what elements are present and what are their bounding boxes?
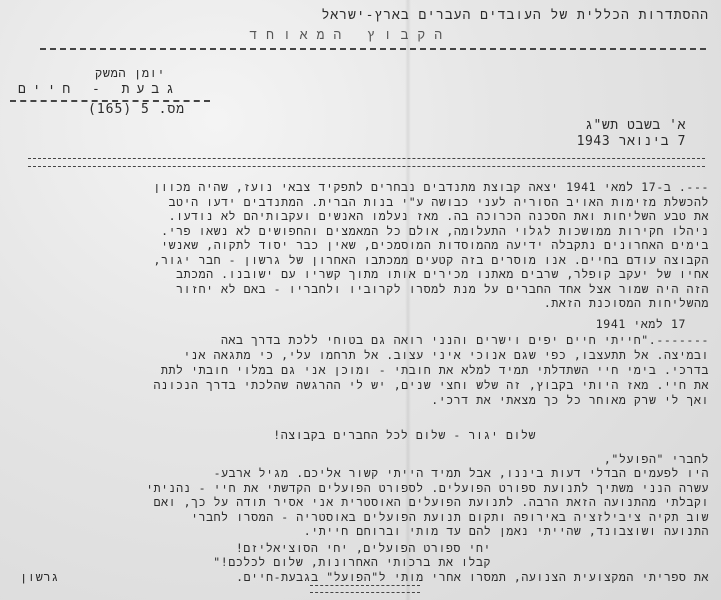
gregorian-date: 7 בינואר 1943 bbox=[577, 134, 686, 149]
end-rule-2 bbox=[310, 592, 420, 593]
text-line: מהשליחות המסוכנת הזאת. bbox=[544, 296, 709, 311]
text-line: את חיי. מאז היותי בקבוץ, זה שלש וחצי שני… bbox=[154, 378, 709, 393]
organization-header: ההסתדרות הכללית של העובדים העברים בארץ-י… bbox=[322, 8, 709, 23]
text-line: אחיו של יעקב קופלר, שרבים מאתנו מכירים א… bbox=[176, 267, 709, 282]
document-page: ההסתדרות הכללית של העובדים העברים בארץ-י… bbox=[0, 0, 721, 600]
text-line: שוב תקיה ציבילזציה באירופה ותקום תנועת ה… bbox=[191, 510, 709, 525]
text-line: -------."חייתי חיים יפים וישרים והנני רו… bbox=[221, 333, 709, 348]
text-line: התנועה ושוצבונד, שהייתי נאמן להם עד מותי… bbox=[304, 524, 709, 539]
slogan-line: יחי ספורט הפועלים, יחי הסוציאליזם! bbox=[236, 541, 491, 556]
hebrew-date: א' בשבט תש"ג bbox=[585, 118, 686, 133]
text-line: ואך לי שרק מאוחר כל כך מצאתי את דרכי. bbox=[431, 393, 709, 408]
text-line: עשרה הנני משתיך לתנועת ספורט הפועלים. לס… bbox=[146, 481, 709, 496]
issue-text: מס. 5 (165) bbox=[88, 102, 185, 117]
text-line: בימים האחרונים נתקבלה ידיעה מהמוסדות המו… bbox=[161, 238, 709, 253]
text-line: וקבלתי מהתנועה הזאת הרבה. לתנועת הפועלים… bbox=[154, 495, 709, 510]
publication-title: יומן המשק bbox=[95, 66, 165, 81]
text-line: להכשלת מזימות האויב הסוריה לעני כבושה ע"… bbox=[169, 195, 709, 210]
end-rule-1 bbox=[310, 585, 420, 586]
signature: גרשון bbox=[20, 570, 59, 585]
place-name: גבעת - חיים bbox=[18, 82, 181, 97]
text-line: ניהלו חקירות ממושכות לגלוי התעלומה, אולם… bbox=[161, 224, 709, 239]
date-rule-2 bbox=[28, 166, 705, 167]
text-line: ובמיצה. אל תתעצבו, כפי שגם אנוכי איני עצ… bbox=[184, 348, 709, 363]
text-line: היו לפעמים הבדלי דעות ביננו, אבל תמיד הי… bbox=[214, 466, 709, 481]
department-header: הקבוץ המאוחד bbox=[249, 28, 451, 43]
text-line: ---. ב-17 למאי 1941 יצאה קבוצת מתנדבים נ… bbox=[153, 180, 709, 195]
letter-date: 17 למאי 1941 bbox=[596, 317, 686, 332]
issue-number: מס. 5 (165) bbox=[88, 102, 185, 117]
text-line: את טבע השליחות ואת הסכנה הכרוכה בה. מאז … bbox=[169, 209, 709, 224]
text-line: הזה היה שמור אצל אחד החברים על מנת למסרו… bbox=[176, 282, 709, 297]
closing-line: את ספריתי המקצועית הצנועה, תמסרו אחרי מו… bbox=[236, 570, 709, 585]
date-rule-1 bbox=[28, 158, 705, 159]
header-rule bbox=[40, 48, 706, 50]
hapoel-salutation: לחברי "הפועל", bbox=[604, 452, 709, 467]
text-line: בדרכי. בימי חיי השתדלתי תמיד למלא את חוב… bbox=[161, 363, 709, 378]
blessing-line: קבלו את ברכותי האחרונות, שלום לכלכם!" bbox=[213, 555, 491, 570]
greeting-line: שלום יגור - שלום לכל החברים בקבוצה! bbox=[273, 428, 536, 443]
text-line: הקבוצה עודם בחיים. אנו מוסרים בזה קטעים … bbox=[154, 253, 709, 268]
